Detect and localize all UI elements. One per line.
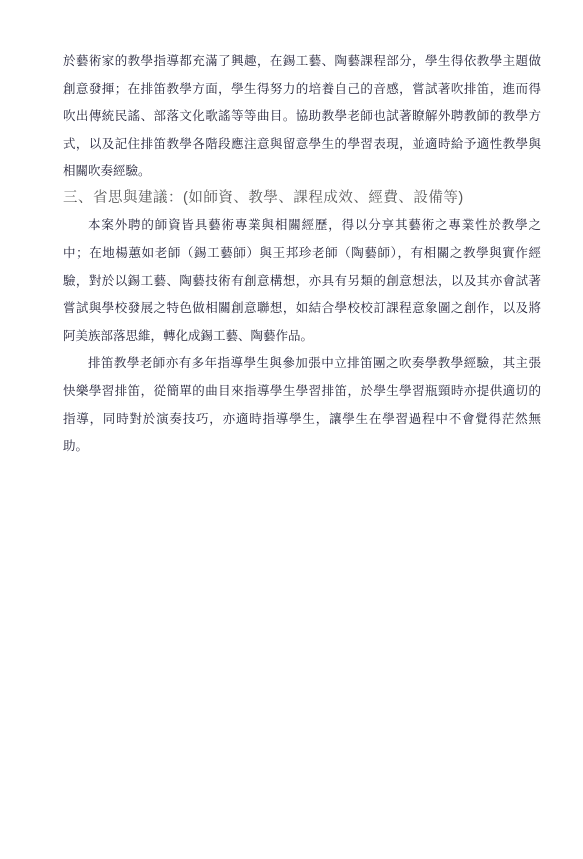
paragraph-continuation: 於藝術家的教學指導都充滿了興趣，在錫工藝、陶藝課程部分，學生得依教學主題做 創意… — [63, 47, 541, 185]
body-line: 指導，同時對於演奏技巧，亦適時指導學生，讓學生在學習過程中不會覺得茫然無 — [63, 405, 541, 433]
body-line: 嘗試與學校發展之特色做相關創意聯想，如結合學校校訂課程意象圖之創作，以及將 — [63, 294, 541, 322]
body-line: 本案外聘的師資皆具藝術專業與相關經歷，得以分享其藝術之專業性於教學之 — [63, 211, 541, 239]
section-heading-title: 三、省思與建議： — [63, 190, 183, 206]
body-line: 助。 — [63, 432, 541, 460]
body-line: 排笛教學老師亦有多年指導學生與參加張中立排笛團之吹奏學教學經驗，其主張 — [63, 349, 541, 377]
body-line: 阿美族部落思維，轉化成錫工藝、陶藝作品。 — [63, 322, 541, 350]
body-line: 吹出傳統民謠、部落文化歌謠等等曲目。協助教學老師也試著瞭解外聘教師的教學方 — [63, 102, 541, 130]
paragraph-panflute-teacher: 排笛教學老師亦有多年指導學生與參加張中立排笛團之吹奏學教學經驗，其主張 快樂學習… — [63, 349, 541, 459]
section-heading-subtitle: (如師資、教學、課程成效、經費、設備等) — [183, 190, 464, 206]
body-line: 驗，對於以錫工藝、陶藝技術有創意構想，亦具有另類的創意想法，以及其亦會試著 — [63, 267, 541, 295]
body-line: 於藝術家的教學指導都充滿了興趣，在錫工藝、陶藝課程部分，學生得依教學主題做 — [63, 47, 541, 75]
body-line: 創意發揮；在排笛教學方面，學生得努力的培養自己的音感，嘗試著吹排笛，進而得 — [63, 75, 541, 103]
paragraph-teachers: 本案外聘的師資皆具藝術專業與相關經歷，得以分享其藝術之專業性於教學之 中；在地楊… — [63, 211, 541, 349]
body-line: 中；在地楊蕙如老師（錫工藝師）與王邦珍老師（陶藝師），有相關之教學與實作經 — [63, 239, 541, 267]
body-line: 相關吹奏經驗。 — [63, 157, 541, 185]
body-line: 式，以及記住排笛教學各階段應注意與留意學生的學習表現，並適時給予適性教學與 — [63, 130, 541, 158]
body-line: 快樂學習排笛，從簡單的曲目來指導學生學習排笛，於學生學習瓶頸時亦提供適切的 — [63, 377, 541, 405]
document-page: 於藝術家的教學指導都充滿了興趣，在錫工藝、陶藝課程部分，學生得依教學主題做 創意… — [0, 0, 583, 859]
document-content: 於藝術家的教學指導都充滿了興趣，在錫工藝、陶藝課程部分，學生得依教學主題做 創意… — [63, 47, 541, 460]
section-heading: 三、省思與建議：(如師資、教學、課程成效、經費、設備等) — [63, 185, 541, 212]
